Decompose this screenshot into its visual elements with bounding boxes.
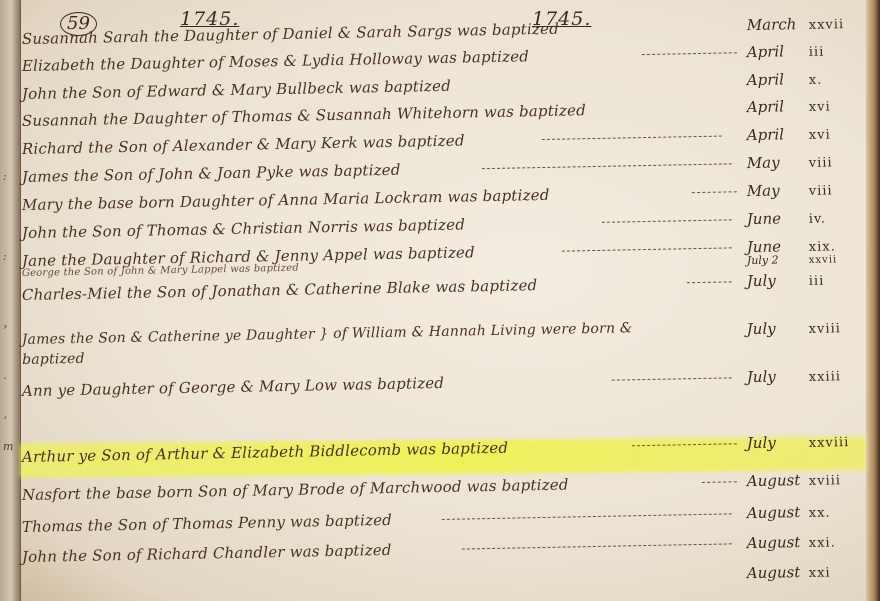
entry-day: xxviii: [809, 435, 850, 451]
entry-text: Susannah Sarah the Daughter of Daniel & …: [22, 20, 559, 48]
entry-date: Julyxxiii: [747, 366, 867, 386]
entry-day: xxi.: [809, 535, 836, 551]
leader-dashes: [542, 136, 722, 140]
entry-day: xxiii: [809, 369, 841, 385]
entry-date: Augustxx.: [747, 502, 867, 522]
entry-text: John the Son of Edward & Mary Bullbeck w…: [22, 77, 451, 103]
entry-text: John the Son of Richard Chandler was bap…: [22, 541, 392, 566]
entry-date: Julyxxviii: [747, 432, 867, 452]
entry-month: April: [747, 97, 809, 116]
leader-dashes: [482, 163, 732, 169]
entry-day: xvi: [809, 99, 831, 114]
entry-day: iii: [809, 274, 825, 289]
register-page: : : › · ʼ m 59 1745. 1745. Susannah Sara…: [0, 0, 880, 601]
entry-month: July: [747, 433, 809, 452]
entry-date: Marchxxvii: [747, 14, 867, 34]
entry-day: viii: [809, 155, 833, 170]
margin-marks: : : › · ʼ m: [2, 0, 18, 601]
entry-day: xx.: [809, 505, 831, 520]
entry-text: Nasfort the base born Son of Mary Brode …: [22, 476, 569, 504]
entry-day: xvi: [809, 127, 831, 142]
leader-dashes: [612, 377, 732, 380]
entry-month: August: [747, 533, 809, 552]
register-entry-joint: James the Son & Catherine ye Daughter } …: [22, 314, 867, 374]
entry-month: July: [747, 319, 809, 338]
leader-dashes: [602, 219, 732, 222]
register-entry: Ann ye Daughter of George & Mary Low was…: [22, 366, 866, 406]
leader-dashes: [632, 443, 737, 446]
leader-dashes: [442, 513, 732, 520]
entry-date: Mayviii: [747, 152, 867, 172]
entry-month: April: [747, 125, 809, 144]
entry-day: iii: [809, 45, 825, 60]
entry-date: Mayviii: [747, 180, 867, 200]
entry-month: August: [747, 503, 809, 522]
entry-month: August: [747, 563, 809, 582]
entry-month: April: [747, 42, 809, 61]
entry-month: June: [747, 209, 809, 228]
entry-text: James the Son & Catherine ye Daughter } …: [22, 318, 663, 370]
entry-date: Julyiii: [747, 270, 867, 290]
entry-month: March: [747, 15, 809, 34]
entry-month: July: [747, 271, 809, 290]
entry-day: x.: [809, 73, 823, 88]
entry-day: iv.: [809, 212, 826, 227]
leader-dashes: [462, 543, 732, 549]
entry-date: Augustxxi: [747, 562, 867, 582]
entry-day: xviii: [809, 321, 841, 337]
leader-dashes: [702, 481, 737, 483]
entry-month: May: [747, 181, 809, 200]
entry-month: July: [747, 367, 809, 386]
entry-date: Aprilxvi: [747, 96, 867, 116]
entry-month: April: [747, 70, 809, 89]
entry-text: Ann ye Daughter of George & Mary Low was…: [22, 374, 445, 400]
entry-date: Aprilxvi: [747, 124, 867, 144]
entry-date: Juneiv.: [747, 208, 867, 228]
entry-date: July 2xxvii: [747, 252, 867, 267]
leader-dashes: [642, 52, 737, 55]
entry-day: xviii: [809, 473, 841, 489]
entry-text: John the Son of Thomas & Christian Norri…: [22, 215, 465, 242]
entry-day: viii: [809, 183, 833, 198]
entry-month: May: [747, 153, 809, 172]
entry-text: James the Son of John & Joan Pyke was ba…: [22, 161, 401, 186]
leader-dashes: [692, 191, 737, 193]
page-edge: [866, 0, 880, 601]
entry-month: July 2: [747, 253, 809, 267]
entry-date: Augustxxi.: [747, 532, 867, 552]
entry-day: xxvii: [809, 17, 845, 33]
entry-month: August: [747, 471, 809, 490]
entry-date: Apriliii: [747, 41, 867, 61]
leader-dashes: [687, 281, 732, 283]
entry-date: Julyxviii: [747, 318, 867, 338]
entry-day: xxvii: [809, 254, 838, 266]
entry-text: Richard the Son of Alexander & Mary Kerk…: [22, 132, 465, 158]
leader-dashes: [562, 247, 732, 251]
entry-date: Augustxviii: [747, 470, 867, 490]
entry-text: Thomas the Son of Thomas Penny was bapti…: [22, 511, 392, 536]
entry-date: Aprilx.: [747, 69, 867, 89]
entry-day: xxi: [809, 565, 831, 580]
